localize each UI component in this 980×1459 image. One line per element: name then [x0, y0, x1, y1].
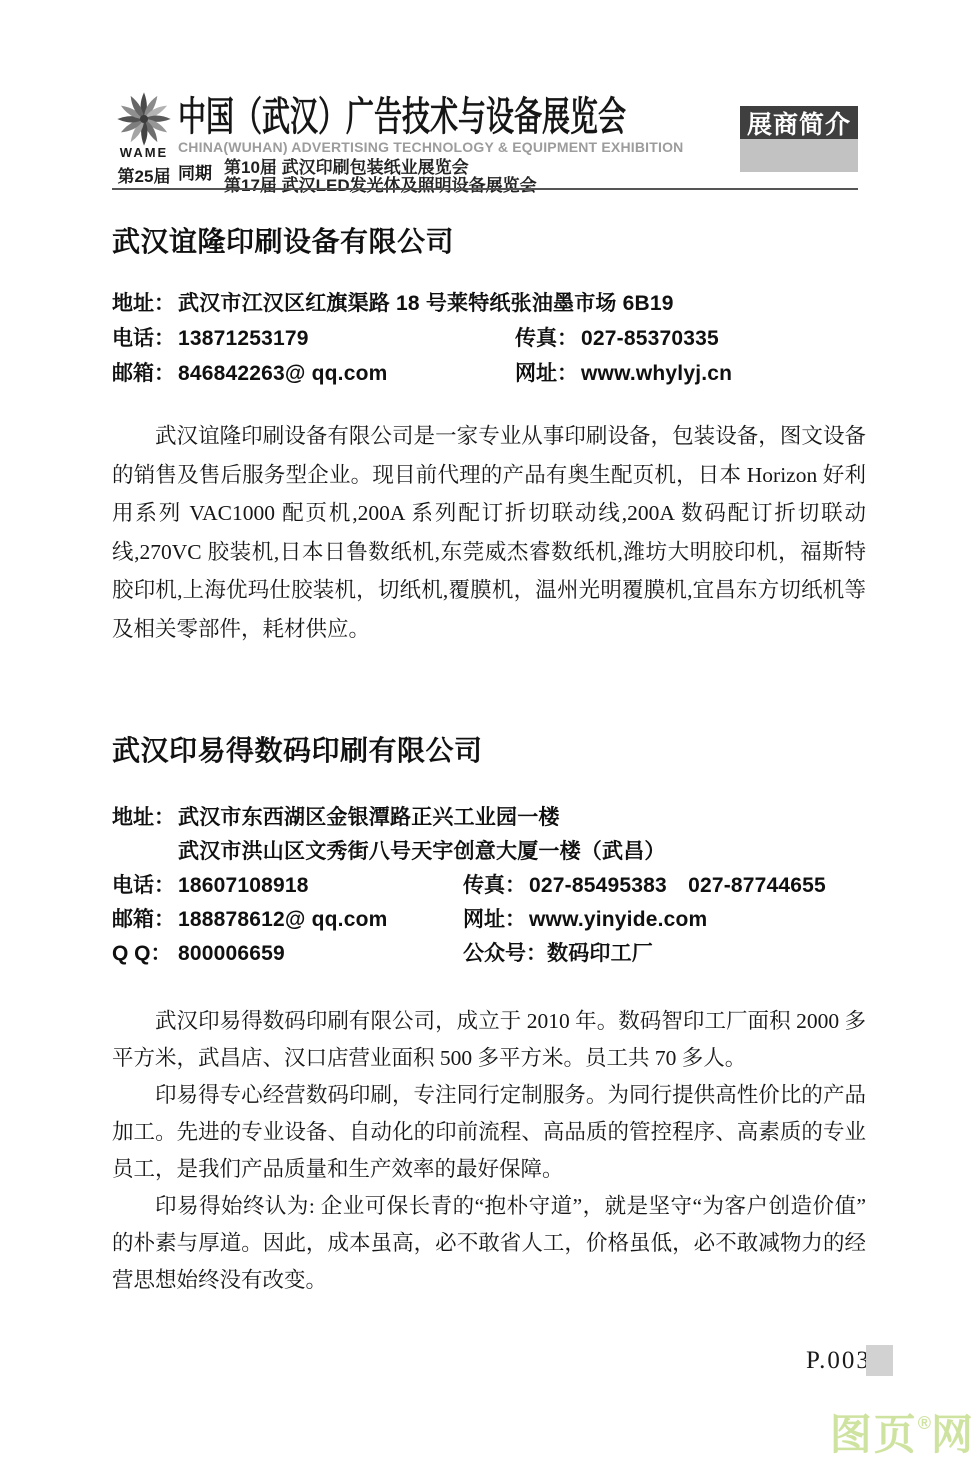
website-value: www.whylyj.cn: [581, 357, 732, 391]
contact-row: 武汉市洪山区文秀街八号天宇创意大厦一楼（武昌）: [112, 835, 868, 868]
contact-row: 邮箱： 188878612@ qq.com 网址： www.yinyide.co…: [112, 903, 868, 936]
concurrent-event-1: 第10届 武汉印刷包装纸业展览会: [224, 159, 537, 177]
exhibition-subtitle-en: CHINA(WUHAN) ADVERTISING TECHNOLOGY & EQ…: [178, 139, 818, 155]
address-label: 地址：: [112, 801, 178, 834]
address-value-1: 武汉市东西湖区金银潭路正兴工业园一楼: [178, 801, 560, 834]
tuyewang-watermark: 图页®网: [830, 1401, 975, 1457]
company-1-description: 武汉谊隆印刷设备有限公司是一家专业从事印刷设备，包装设备，图文设备的销售及售后服…: [112, 417, 866, 648]
address-label-blank: [112, 835, 178, 868]
company-1-contacts: 地址： 武汉市江汉区红旗渠路 18 号莱特纸张油墨市场 6B19 电话： 138…: [112, 287, 868, 392]
email-label: 邮箱：: [112, 903, 178, 936]
fax-value: 027-85370335: [581, 322, 719, 356]
exhibition-logo: WAME 第25届: [112, 90, 176, 187]
logo-brand-text: WAME: [112, 146, 176, 159]
phone-label: 电话：: [112, 322, 178, 356]
footer-gray-square: [866, 1345, 893, 1376]
website-label: 网址：: [463, 903, 529, 936]
section-badge: 展商简介: [740, 106, 858, 172]
address-label: 地址：: [112, 287, 178, 321]
fax-value: 027-85495383 027-87744655: [529, 869, 826, 902]
address-value: 武汉市江汉区红旗渠路 18 号莱特纸张油墨市场 6B19: [178, 287, 674, 321]
company-2-contacts: 地址： 武汉市东西湖区金银潭路正兴工业园一楼 武汉市洪山区文秀街八号天宇创意大厦…: [112, 801, 868, 971]
qq-label: Q Q：: [112, 937, 178, 970]
wame-pinwheel-icon: [115, 90, 173, 148]
paragraph: 印易得始终认为: 企业可保长青的“抱朴守道”，就是坚守“为客户创造价值”的朴素与…: [112, 1188, 866, 1299]
wechat-official-label: 公众号：: [463, 937, 547, 970]
exhibitor-profile-page: WAME 第25届 中国（武汉）广告技术与设备展览会 CHINA(WUHAN) …: [0, 0, 980, 1459]
contact-row: Q Q： 800006659 公众号： 数码印工厂: [112, 937, 868, 970]
contact-row: 地址： 武汉市江汉区红旗渠路 18 号莱特纸张油墨市场 6B19: [112, 287, 868, 321]
fax-label: 传真：: [463, 869, 529, 902]
phone-value: 18607108918: [178, 869, 309, 902]
phone-value: 13871253179: [178, 322, 309, 356]
company-1-name: 武汉谊隆印刷设备有限公司: [112, 220, 454, 260]
contact-row: 电话： 18607108918 传真： 027-85495383 027-877…: [112, 869, 868, 902]
email-label: 邮箱：: [112, 357, 178, 391]
logo-edition-text: 第25届: [112, 162, 176, 187]
wechat-official-value: 数码印工厂: [547, 937, 653, 970]
email-value: 188878612@ qq.com: [178, 903, 388, 936]
company-2-name: 武汉印易得数码印刷有限公司: [112, 729, 483, 769]
paragraph: 武汉印易得数码印刷有限公司，成立于 2010 年。数码智印工厂面积 2000 多…: [112, 1003, 866, 1077]
address-value-2: 武汉市洪山区文秀街八号天宇创意大厦一楼（武昌）: [178, 835, 666, 868]
contact-row: 邮箱： 846842263@ qq.com 网址： www.whylyj.cn: [112, 357, 868, 391]
registered-trademark-icon: ®: [918, 1413, 931, 1433]
contact-row: 地址： 武汉市东西湖区金银潭路正兴工业园一楼: [112, 801, 868, 834]
website-label: 网址：: [515, 357, 581, 391]
email-value: 846842263@ qq.com: [178, 357, 388, 391]
qq-value: 800006659: [178, 937, 285, 970]
paragraph: 印易得专心经营数码印刷，专注同行定制服务。为同行提供高性价比的产品加工。先进的专…: [112, 1077, 866, 1188]
phone-label: 电话：: [112, 869, 178, 902]
fax-label: 传真：: [515, 322, 581, 356]
badge-title: 展商简介: [740, 106, 858, 139]
header-divider: [112, 188, 858, 190]
website-value: www.yinyide.com: [529, 903, 707, 936]
contact-row: 电话： 13871253179 传真： 027-85370335: [112, 322, 868, 356]
page-number: P.003: [806, 1347, 871, 1375]
paragraph: 武汉谊隆印刷设备有限公司是一家专业从事印刷设备，包装设备，图文设备的销售及售后服…: [112, 417, 866, 648]
badge-gray-block: [740, 139, 858, 172]
watermark-text-left: 图页: [830, 1411, 918, 1458]
watermark-text-right: 网: [931, 1411, 975, 1458]
exhibition-title: 中国（武汉）广告技术与设备展览会: [178, 96, 626, 138]
company-2-description: 武汉印易得数码印刷有限公司，成立于 2010 年。数码智印工厂面积 2000 多…: [112, 1003, 866, 1299]
concurrent-event-2: 第17届 武汉LED发光体及照明设备展览会: [224, 177, 537, 195]
header-title-block: 中国（武汉）广告技术与设备展览会 CHINA(WUHAN) ADVERTISIN…: [178, 96, 818, 195]
